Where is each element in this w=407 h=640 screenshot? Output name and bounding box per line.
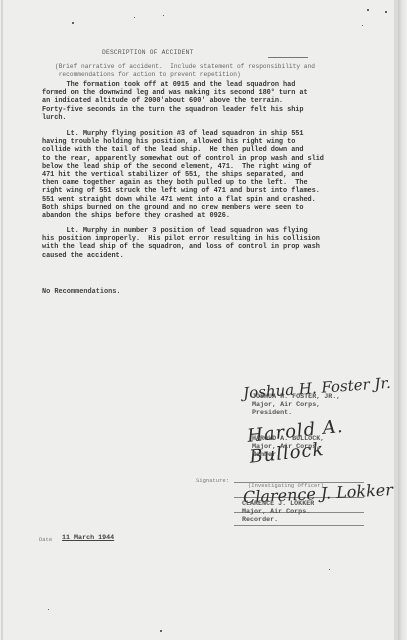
narrative-paragraph-2: Lt. Murphy flying position #3 of lead sq… [42,130,372,220]
recorder-signature-block: CLARENCE J. LOKKER Major, Air Corps. Rec… [242,500,314,525]
member-signature-block: HAROLD A. BULLOCK, Major, Air Corps, Mem… [252,435,324,460]
scan-speck [329,569,330,570]
responsibility-paragraph: Lt. Murphy in number 3 position of lead … [42,227,372,260]
document-title: DESCRIPTION OF ACCIDENT [102,49,194,56]
scan-speck [385,11,387,13]
scan-speck [134,17,135,18]
scan-speck [48,609,49,610]
date-value: 11 March 1944 [62,534,114,542]
recommendations-text: No Recommendations. [42,288,121,296]
scan-speck [163,15,164,16]
narrative-paragraph-1: The formation took off at 0915 and the l… [42,81,372,122]
scan-speck [72,22,74,24]
date-label: Date [39,536,52,543]
president-signature-block: JOSHUA H. FOSTER, JR., Major, Air Corps,… [252,393,340,418]
page-right-edge [398,0,407,640]
signature-line-4 [234,525,364,526]
title-underline [268,57,308,58]
document-page: DESCRIPTION OF ACCIDENT (Brief narrative… [0,0,398,640]
scan-edge [1,0,3,640]
form-instructions: (Brief narrative of accident. Include st… [55,63,355,78]
scan-speck [367,9,369,11]
scan-speck [362,25,363,26]
signature-label: Signature: [196,477,229,484]
scan-speck [160,630,162,632]
